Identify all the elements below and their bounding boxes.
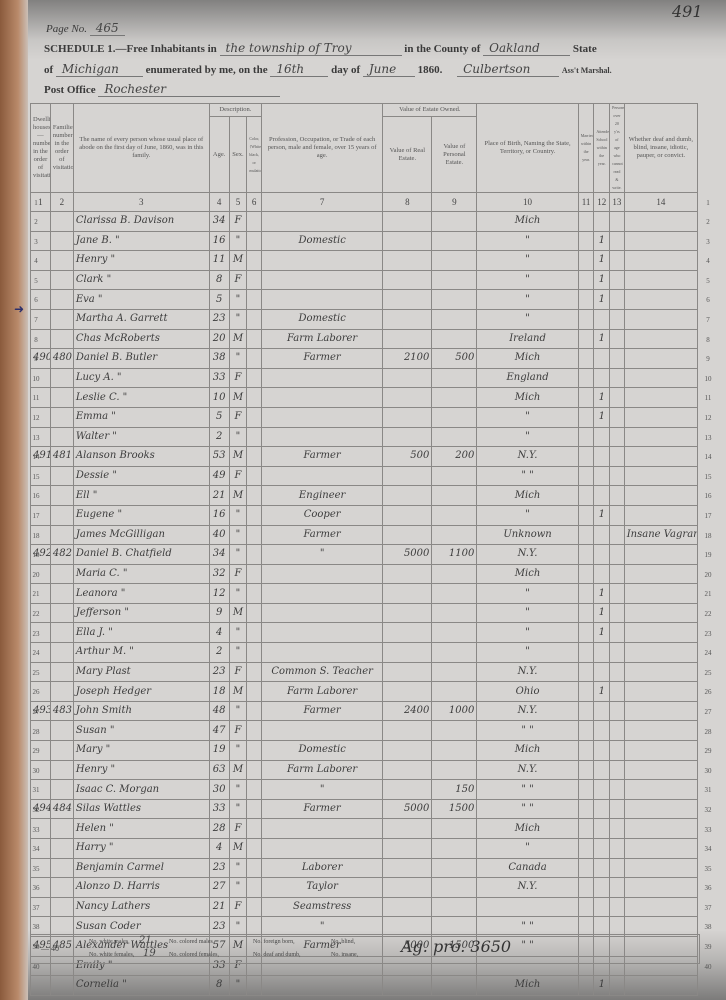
married-cell <box>578 819 594 839</box>
real-estate-cell <box>383 858 432 878</box>
color-cell <box>247 741 262 761</box>
real-estate-cell <box>383 525 432 545</box>
illiterate-cell <box>610 329 625 349</box>
name-cell: Dessie " <box>73 466 209 486</box>
married-cell <box>578 741 594 761</box>
condition-cell <box>624 388 697 408</box>
line-number: 23 <box>28 630 44 638</box>
family-cell <box>50 525 73 545</box>
table-row: 490480Daniel B. Butler38"Farmer2100500Mi… <box>31 349 698 369</box>
school-cell: 1 <box>594 976 610 996</box>
column-number: 3 <box>73 193 209 212</box>
table-row: Dessie "49F" " <box>31 466 698 486</box>
school-cell <box>594 466 610 486</box>
family-cell <box>50 976 73 996</box>
occupation-cell: Farmer <box>262 525 383 545</box>
personal-estate-cell <box>432 212 477 232</box>
occupation-cell <box>262 290 383 310</box>
sex-cell: " <box>229 858 247 878</box>
line-number: 5 <box>700 277 716 285</box>
line-number: 8 <box>28 336 44 344</box>
birthplace-cell: " <box>477 643 578 663</box>
line-number: 37 <box>28 904 44 912</box>
line-number: 1 <box>700 199 716 207</box>
table-row: Chas McRoberts20MFarm LaborerIreland1 <box>31 329 698 349</box>
color-cell <box>247 368 262 388</box>
illiterate-cell <box>610 623 625 643</box>
personal-estate-cell <box>432 525 477 545</box>
family-cell <box>50 486 73 506</box>
line-number: 11 <box>700 394 716 402</box>
personal-estate-cell: 1000 <box>432 701 477 721</box>
line-number: 37 <box>700 904 716 912</box>
school-cell <box>594 525 610 545</box>
condition-cell <box>624 427 697 447</box>
state-label: State <box>573 43 597 55</box>
column-number: 12 <box>594 193 610 212</box>
birthplace-cell: Mich <box>477 388 578 408</box>
condition-cell <box>624 643 697 663</box>
name-cell: Daniel B. Butler <box>73 349 209 369</box>
family-cell <box>50 407 73 427</box>
color-cell <box>247 662 262 682</box>
school-cell: 1 <box>594 603 610 623</box>
name-cell: Chas McRoberts <box>73 329 209 349</box>
line-number: 3 <box>28 238 44 246</box>
col-dwelling-header: Dwelling-houses—numbered in the order of… <box>31 104 51 193</box>
line-number: 20 <box>28 571 44 579</box>
school-cell <box>594 780 610 800</box>
family-cell <box>50 231 73 251</box>
schedule-title-line: SCHEDULE 1.—Free Inhabitants in the town… <box>44 41 597 56</box>
school-cell <box>594 309 610 329</box>
name-cell: Leanora " <box>73 584 209 604</box>
table-row: Mary Plast23FCommon S. TeacherN.Y. <box>31 662 698 682</box>
birthplace-cell: " <box>477 407 578 427</box>
school-cell: 1 <box>594 623 610 643</box>
deaf-dumb-label: No. deaf and dumb, <box>253 952 301 958</box>
line-number: 5 <box>28 277 44 285</box>
married-cell <box>578 251 594 271</box>
name-cell: Susan " <box>73 721 209 741</box>
column-number: 13 <box>610 193 625 212</box>
birthplace-cell: Mich <box>477 819 578 839</box>
col-name-header: The name of every person whose usual pla… <box>73 104 209 193</box>
line-number: 12 <box>700 414 716 422</box>
line-number: 34 <box>700 845 716 853</box>
real-estate-cell <box>383 819 432 839</box>
occupation-cell <box>262 427 383 447</box>
table-row: Susan "47F" " <box>31 721 698 741</box>
occupation-cell: Domestic <box>262 309 383 329</box>
personal-estate-cell: 150 <box>432 780 477 800</box>
family-cell <box>50 584 73 604</box>
real-estate-cell <box>383 309 432 329</box>
personal-estate-cell <box>432 643 477 663</box>
school-cell <box>594 545 610 565</box>
school-cell: 1 <box>594 329 610 349</box>
personal-estate-cell: 1500 <box>432 799 477 819</box>
color-cell <box>247 525 262 545</box>
color-cell <box>247 799 262 819</box>
illiterate-cell <box>610 505 625 525</box>
occupation-cell <box>262 368 383 388</box>
birthplace-cell <box>477 897 578 917</box>
name-cell: Martha A. Garrett <box>73 309 209 329</box>
table-row: James McGilligan40"FarmerUnknownInsane V… <box>31 525 698 545</box>
color-cell <box>247 427 262 447</box>
sex-cell: " <box>229 741 247 761</box>
family-cell <box>50 329 73 349</box>
occupation-cell <box>262 643 383 663</box>
schedule-title: SCHEDULE 1.—Free Inhabitants in <box>44 43 217 55</box>
sex-cell: " <box>229 799 247 819</box>
birthplace-cell: N.Y. <box>477 701 578 721</box>
sex-cell: " <box>229 701 247 721</box>
birthplace-cell: " <box>477 231 578 251</box>
family-cell <box>50 368 73 388</box>
marshal-label: Ass't Marshal. <box>562 66 612 75</box>
name-cell: Clarissa B. Davison <box>73 212 209 232</box>
line-number: 6 <box>700 296 716 304</box>
column-number: 11 <box>578 193 594 212</box>
color-cell <box>247 349 262 369</box>
married-cell <box>578 603 594 623</box>
sex-cell: M <box>229 447 247 467</box>
married-cell <box>578 564 594 584</box>
color-cell <box>247 388 262 408</box>
age-cell: 40 <box>209 525 229 545</box>
line-number: 8 <box>700 336 716 344</box>
age-cell: 23 <box>209 858 229 878</box>
line-number: 2 <box>28 218 44 226</box>
census-rows: Clarissa B. Davison34FMichJane B. "16"Do… <box>31 212 698 996</box>
line-number: 40 <box>700 963 716 971</box>
col-age-header: Age. <box>209 117 229 193</box>
age-cell: 20 <box>209 329 229 349</box>
birthplace-cell: " <box>477 251 578 271</box>
sex-cell: M <box>229 760 247 780</box>
real-estate-cell <box>383 682 432 702</box>
school-cell: 1 <box>594 505 610 525</box>
illiterate-cell <box>610 290 625 310</box>
white-males-label: No. white males, <box>89 939 130 945</box>
personal-estate-cell <box>432 388 477 408</box>
table-row: Maria C. "32FMich <box>31 564 698 584</box>
condition-cell <box>624 682 697 702</box>
col-illiterate-header: Persons over 20 y'rs of age who cannot r… <box>610 104 625 193</box>
school-cell <box>594 799 610 819</box>
line-number: 22 <box>700 610 716 618</box>
age-cell: 63 <box>209 760 229 780</box>
real-estate-cell <box>383 603 432 623</box>
age-cell: 23 <box>209 309 229 329</box>
birthplace-cell: N.Y. <box>477 662 578 682</box>
name-cell: John Smith <box>73 701 209 721</box>
real-estate-cell <box>383 760 432 780</box>
family-cell: 480 <box>50 349 73 369</box>
personal-estate-cell <box>432 564 477 584</box>
real-estate-cell <box>383 231 432 251</box>
family-cell <box>50 643 73 663</box>
real-estate-cell <box>383 270 432 290</box>
illiterate-cell <box>610 839 625 859</box>
color-cell <box>247 447 262 467</box>
line-number: 14 <box>700 453 716 461</box>
line-number: 38 <box>28 923 44 931</box>
stamped-page-number: 491 <box>672 2 703 21</box>
line-number: 29 <box>28 747 44 755</box>
line-number: 33 <box>28 826 44 834</box>
aggregate-annotation: Ag. pro. 3650 <box>401 937 511 956</box>
name-cell: Daniel B. Chatfield <box>73 545 209 565</box>
name-cell: James McGilligan <box>73 525 209 545</box>
married-cell <box>578 976 594 996</box>
page-number-label: Page No. <box>46 23 87 35</box>
table-row: 493483John Smith48"Farmer24001000N.Y. <box>31 701 698 721</box>
illiterate-cell <box>610 466 625 486</box>
occupation-cell <box>262 251 383 271</box>
married-cell <box>578 309 594 329</box>
married-cell <box>578 270 594 290</box>
illiterate-cell <box>610 780 625 800</box>
line-number: 9 <box>28 355 44 363</box>
age-cell: 23 <box>209 662 229 682</box>
real-estate-cell: 2400 <box>383 701 432 721</box>
birthplace-cell: England <box>477 368 578 388</box>
personal-estate-cell <box>432 270 477 290</box>
married-cell <box>578 701 594 721</box>
birthplace-cell: Mich <box>477 976 578 996</box>
table-row: Leanora "12""1 <box>31 584 698 604</box>
column-number: 7 <box>262 193 383 212</box>
line-number: 19 <box>28 551 44 559</box>
page-number: 465 <box>90 21 125 36</box>
married-cell <box>578 388 594 408</box>
condition-cell <box>624 780 697 800</box>
occupation-cell: Cooper <box>262 505 383 525</box>
line-number: 7 <box>700 316 716 324</box>
married-cell <box>578 212 594 232</box>
illiterate-cell <box>610 760 625 780</box>
line-number: 3 <box>700 238 716 246</box>
column-number: 8 <box>383 193 432 212</box>
line-number: 18 <box>28 532 44 540</box>
family-cell <box>50 427 73 447</box>
condition-cell <box>624 466 697 486</box>
school-cell <box>594 427 610 447</box>
illiterate-cell <box>610 368 625 388</box>
married-cell <box>578 760 594 780</box>
table-row: Alonzo D. Harris27"TaylorN.Y. <box>31 878 698 898</box>
column-number-row: 1234567891011121314 <box>31 193 698 212</box>
name-cell: Nancy Lathers <box>73 897 209 917</box>
age-cell: 5 <box>209 407 229 427</box>
birthplace-cell: Mich <box>477 349 578 369</box>
birthplace-cell: Ireland <box>477 329 578 349</box>
sex-cell: " <box>229 290 247 310</box>
personal-estate-cell <box>432 407 477 427</box>
sex-cell: " <box>229 976 247 996</box>
county-field: Oakland <box>483 41 570 56</box>
line-number: 30 <box>700 767 716 775</box>
illiterate-cell <box>610 564 625 584</box>
real-estate-cell <box>383 368 432 388</box>
color-cell <box>247 623 262 643</box>
real-estate-cell <box>383 407 432 427</box>
condition-cell <box>624 839 697 859</box>
line-number: 4 <box>700 257 716 265</box>
condition-cell <box>624 584 697 604</box>
color-cell <box>247 682 262 702</box>
personal-estate-cell <box>432 878 477 898</box>
line-number: 21 <box>28 590 44 598</box>
occupation-cell <box>262 407 383 427</box>
post-office-label: Post Office <box>44 84 96 96</box>
occupation-cell: Laborer <box>262 858 383 878</box>
illiterate-cell <box>610 388 625 408</box>
name-cell: Leslie C. " <box>73 388 209 408</box>
birthplace-cell: " <box>477 839 578 859</box>
occupation-cell <box>262 839 383 859</box>
age-cell: 33 <box>209 799 229 819</box>
occupation-cell <box>262 623 383 643</box>
occupation-cell: Farmer <box>262 447 383 467</box>
column-number: 5 <box>229 193 247 212</box>
sex-cell: " <box>229 309 247 329</box>
birthplace-cell: N.Y. <box>477 447 578 467</box>
school-cell <box>594 643 610 663</box>
condition-cell <box>624 897 697 917</box>
table-row: Benjamin Carmel23"LaborerCanada <box>31 858 698 878</box>
table-row: Joseph Hedger18MFarm LaborerOhio1 <box>31 682 698 702</box>
table-row: Eva "5""1 <box>31 290 698 310</box>
illiterate-cell <box>610 799 625 819</box>
line-number: 39 <box>700 943 716 951</box>
real-estate-cell <box>383 623 432 643</box>
family-cell <box>50 212 73 232</box>
table-row: Clark "8F"1 <box>31 270 698 290</box>
name-cell: Ell " <box>73 486 209 506</box>
age-cell: 8 <box>209 270 229 290</box>
age-cell: 2 <box>209 643 229 663</box>
name-cell: Maria C. " <box>73 564 209 584</box>
real-estate-cell <box>383 212 432 232</box>
school-cell: 1 <box>594 290 610 310</box>
real-estate-cell <box>383 505 432 525</box>
occupation-cell: Farmer <box>262 799 383 819</box>
illiterate-cell <box>610 447 625 467</box>
married-cell <box>578 721 594 741</box>
table-row: Henry "11M"1 <box>31 251 698 271</box>
school-cell: 1 <box>594 407 610 427</box>
column-number: 9 <box>432 193 477 212</box>
table-row: Harry "4M" <box>31 839 698 859</box>
condition-cell <box>624 858 697 878</box>
color-cell <box>247 309 262 329</box>
age-cell: 53 <box>209 447 229 467</box>
color-cell <box>247 760 262 780</box>
marshal-field: Culbertson <box>457 62 559 77</box>
real-estate-cell <box>383 251 432 271</box>
school-cell <box>594 349 610 369</box>
age-cell: 12 <box>209 584 229 604</box>
married-cell <box>578 349 594 369</box>
occupation-cell: Farmer <box>262 349 383 369</box>
real-estate-cell <box>383 976 432 996</box>
line-number: 25 <box>28 669 44 677</box>
table-row: Henry "63MFarm LaborerN.Y. <box>31 760 698 780</box>
married-cell <box>578 545 594 565</box>
family-cell <box>50 839 73 859</box>
table-row: Mary "19"DomesticMich <box>31 741 698 761</box>
real-estate-cell <box>383 878 432 898</box>
sex-cell: " <box>229 623 247 643</box>
real-estate-cell <box>383 466 432 486</box>
enumeration-line: of Michigan enumerated by me, on the 16t… <box>44 62 612 77</box>
name-cell: Mary Plast <box>73 662 209 682</box>
birthplace-cell: " <box>477 584 578 604</box>
line-number: 12 <box>28 414 44 422</box>
line-number: 15 <box>700 473 716 481</box>
color-cell <box>247 545 262 565</box>
family-cell <box>50 466 73 486</box>
condition-cell <box>624 407 697 427</box>
name-cell: Joseph Hedger <box>73 682 209 702</box>
condition-cell <box>624 819 697 839</box>
page-totals-footer: — 40 No. white males, 21 No. white femal… <box>30 934 700 964</box>
column-number: 6 <box>247 193 262 212</box>
colored-females-label: No. colored females, <box>169 952 219 958</box>
color-cell <box>247 780 262 800</box>
col-real-estate-header: Value of Real Estate. <box>383 117 432 193</box>
family-cell <box>50 741 73 761</box>
color-cell <box>247 290 262 310</box>
age-cell: 38 <box>209 349 229 369</box>
color-cell <box>247 643 262 663</box>
sex-cell: " <box>229 878 247 898</box>
illiterate-cell <box>610 701 625 721</box>
name-cell: Walter " <box>73 427 209 447</box>
table-row: Clarissa B. Davison34FMich <box>31 212 698 232</box>
line-number: 11 <box>28 394 44 402</box>
line-number: 35 <box>28 865 44 873</box>
birthplace-cell: Mich <box>477 741 578 761</box>
occupation-cell <box>262 388 383 408</box>
table-row: Cornelia "8"Mich1 <box>31 976 698 996</box>
family-cell <box>50 819 73 839</box>
sex-cell: F <box>229 721 247 741</box>
school-cell <box>594 839 610 859</box>
condition-cell <box>624 329 697 349</box>
family-cell <box>50 682 73 702</box>
line-number: 22 <box>28 610 44 618</box>
line-number: 16 <box>700 492 716 500</box>
margin-arrow-mark: ➜ <box>14 302 24 317</box>
line-number: 32 <box>700 806 716 814</box>
line-number: 16 <box>28 492 44 500</box>
name-cell: Jane B. " <box>73 231 209 251</box>
personal-estate-cell <box>432 505 477 525</box>
color-cell <box>247 878 262 898</box>
table-row: Jefferson "9M"1 <box>31 603 698 623</box>
married-cell <box>578 662 594 682</box>
sex-cell: " <box>229 545 247 565</box>
line-number: 35 <box>700 865 716 873</box>
condition-cell <box>624 270 697 290</box>
married-cell <box>578 584 594 604</box>
occupation-cell: " <box>262 545 383 565</box>
